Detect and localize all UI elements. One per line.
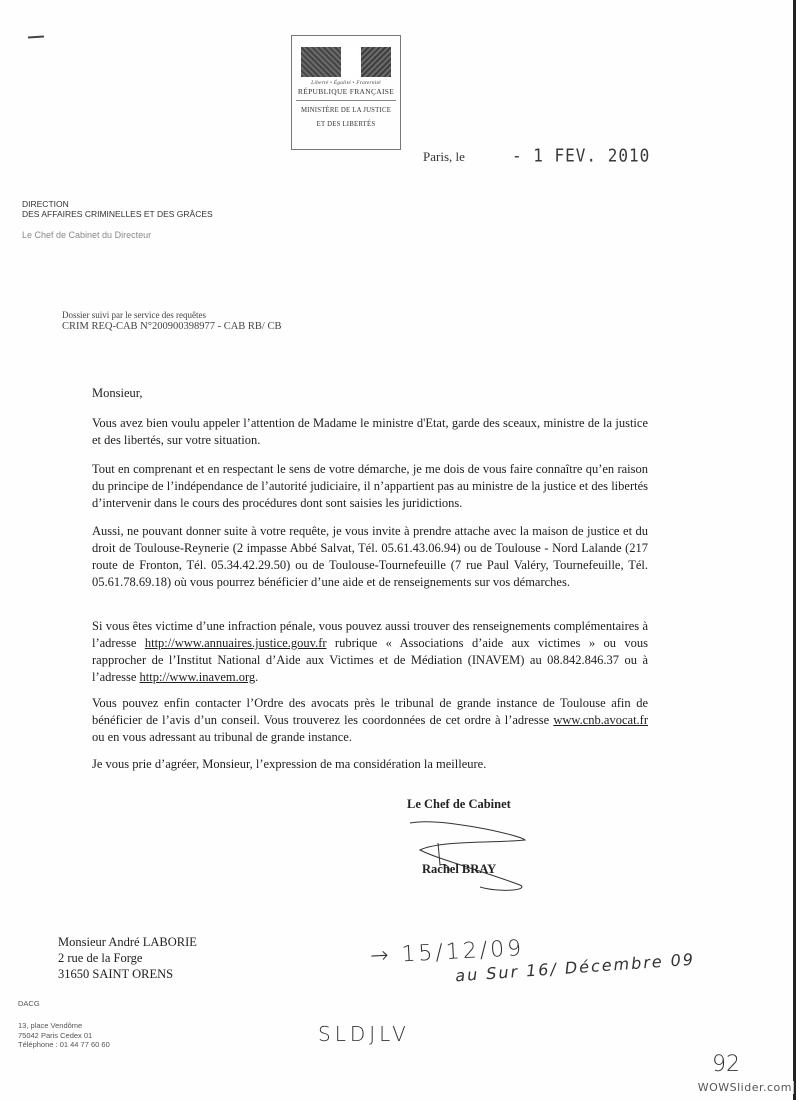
letter-page: Liberté • Égalité • Fraternité RÉPUBLIQU… — [0, 0, 796, 1100]
handwritten-signature-icon — [400, 815, 550, 895]
closing-formula: Je vous prie d’agréer, Monsieur, l’expre… — [92, 756, 648, 773]
recipient-address: Monsieur André LABORIE 2 rue de la Forge… — [58, 934, 197, 982]
recipient-name: Monsieur André LABORIE — [58, 934, 197, 950]
signatory-name: Rachel BRAY — [422, 862, 496, 877]
sender-role: Le Chef de Cabinet du Directeur — [22, 230, 151, 240]
reference-number: CRIM REQ-CAB N°200900398977 - CAB RB/ CB — [62, 321, 281, 332]
paragraph-3: Aussi, ne pouvant donner suite à votre r… — [92, 523, 648, 591]
footer-dacg: DACG — [18, 999, 40, 1008]
scan-mark — [28, 35, 44, 38]
dossier-line: Dossier suivi par le service des requête… — [62, 310, 281, 321]
paragraph-5: Vous pouvez enfin contacter l’Ordre des … — [92, 695, 648, 746]
paragraph-4: Si vous êtes victime d’une infraction pé… — [92, 618, 648, 686]
annuaires-justice-link[interactable]: http://www.annuaires.justice.gouv.fr — [145, 636, 327, 650]
sender-direction: DIRECTION DES AFFAIRES CRIMINELLES ET DE… — [22, 199, 213, 219]
footer-address: 13, place Vendôme 75042 Paris Cedex 01 T… — [18, 1021, 110, 1050]
paragraph-2: Tout en comprenant et en respectant le s… — [92, 461, 648, 512]
footer-address-line1: 13, place Vendôme — [18, 1021, 110, 1031]
salutation: Monsieur, — [92, 385, 648, 402]
watermark: WOWSlider.com — [696, 1081, 794, 1094]
marianne-emblem-icon — [301, 47, 391, 77]
dossier-reference: Dossier suivi par le service des requête… — [62, 310, 281, 332]
handwritten-code: SLDJLV — [318, 1022, 410, 1046]
footer-phone: Téléphone : 01 44 77 60 60 — [18, 1040, 110, 1050]
signatory-title: Le Chef de Cabinet — [407, 797, 511, 812]
recipient-street: 2 rue de la Forge — [58, 950, 197, 966]
paragraph-1: Vous avez bien voulu appeler l’attention… — [92, 415, 648, 449]
ministry-logo: Liberté • Égalité • Fraternité RÉPUBLIQU… — [291, 35, 401, 150]
date-stamp: - 1 FEV. 2010 — [512, 145, 650, 166]
cnb-avocat-link[interactable]: www.cnb.avocat.fr — [553, 713, 648, 727]
p5-text-end: ou en vous adressant au tribunal de gran… — [92, 730, 352, 744]
date-label: Paris, le — [423, 149, 465, 165]
handwritten-page-number: 92 — [712, 1052, 740, 1077]
recipient-city: 31650 SAINT ORENS — [58, 966, 197, 982]
ministry-name-line1: MINISTÈRE DE LA JUSTICE — [292, 104, 400, 118]
logo-divider — [296, 100, 396, 101]
direction-line1: DIRECTION — [22, 199, 213, 209]
footer-address-line2: 75042 Paris Cedex 01 — [18, 1031, 110, 1041]
ministry-name-line2: ET DES LIBERTÉS — [292, 118, 400, 132]
motto: Liberté • Égalité • Fraternité — [292, 80, 400, 86]
inavem-link[interactable]: http://www.inavem.org — [140, 670, 256, 684]
direction-line2: DES AFFAIRES CRIMINELLES ET DES GRÂCES — [22, 209, 213, 219]
p4-text-end: . — [255, 670, 258, 684]
republique-francaise: RÉPUBLIQUE FRANÇAISE — [292, 87, 400, 96]
